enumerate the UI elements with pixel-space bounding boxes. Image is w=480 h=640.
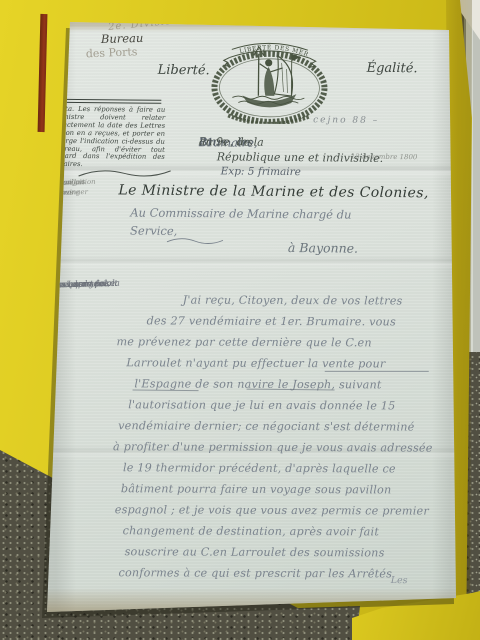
body-line: souscrire au C.en Larroulet des soumissi… bbox=[125, 541, 458, 563]
body-line: me prévenez par cette dernière que le C.… bbox=[116, 331, 458, 353]
egalite-motto: Égalité. bbox=[367, 61, 418, 76]
body-line: des 27 vendémiaire et 1er. Brumaire. vou… bbox=[147, 310, 459, 332]
letter-content: 2e. Division Bureau des Ports Liberté. É… bbox=[0, 0, 480, 640]
body-line: J'ai reçu, Citoyen, deux de vos lettres bbox=[183, 290, 459, 312]
body-line: le 19 thermidor précédent, d'après laque… bbox=[123, 457, 458, 479]
flourish-line bbox=[166, 237, 224, 246]
addressee-place: à Bayonne. bbox=[288, 240, 358, 256]
body-line: l'Espagne de son navire le Joseph, suiva… bbox=[134, 373, 458, 395]
photo-of-letter: 2e. Division Bureau des Ports Liberté. É… bbox=[0, 0, 480, 640]
letter-document: 2e. Division Bureau des Ports Liberté. É… bbox=[0, 0, 480, 640]
body-line: vendémiaire dernier; ce négociant s'est … bbox=[118, 415, 458, 437]
body-line: bâtiment pourra faire un voyage sous pav… bbox=[121, 478, 458, 500]
body-line: à profiter d'une permission que je vous … bbox=[113, 436, 458, 459]
date-printed-suffix: an 9e. de la bbox=[199, 135, 264, 149]
bureau-label: Bureau bbox=[101, 31, 144, 46]
archival-number-note: cejno 88 – bbox=[313, 115, 379, 126]
letter-body: J'ai reçu, Citoyen, deux de vos lettres … bbox=[107, 289, 458, 585]
marine-vignette-icon: LIBERTÉ DES MERS bbox=[202, 35, 337, 124]
body-line: changement de destination, après avoir f… bbox=[123, 520, 458, 542]
bureau-sub-label: des Ports bbox=[86, 45, 138, 60]
ink-underline bbox=[325, 371, 429, 372]
catchword: Les bbox=[391, 575, 408, 586]
nota-printed-notice: Nota. Les réponses à faire au Ministre d… bbox=[55, 106, 166, 170]
pencil-gregorian-date: 12 novembre 1800 bbox=[351, 153, 418, 162]
body-line: espagnol ; et je vois que vous avez perm… bbox=[115, 499, 458, 521]
body-line: l'autorisation que je lui en avais donné… bbox=[128, 394, 458, 416]
addressee-line-1: Au Commissaire de Marine chargé du bbox=[130, 205, 351, 221]
minister-heading: Le Ministre de la Marine et des Colonies… bbox=[118, 182, 428, 201]
expedition-note: Exp: 5 frimaire bbox=[221, 165, 301, 178]
header-divider-rule bbox=[59, 99, 161, 104]
addressee-line-2: Service, bbox=[130, 223, 177, 237]
